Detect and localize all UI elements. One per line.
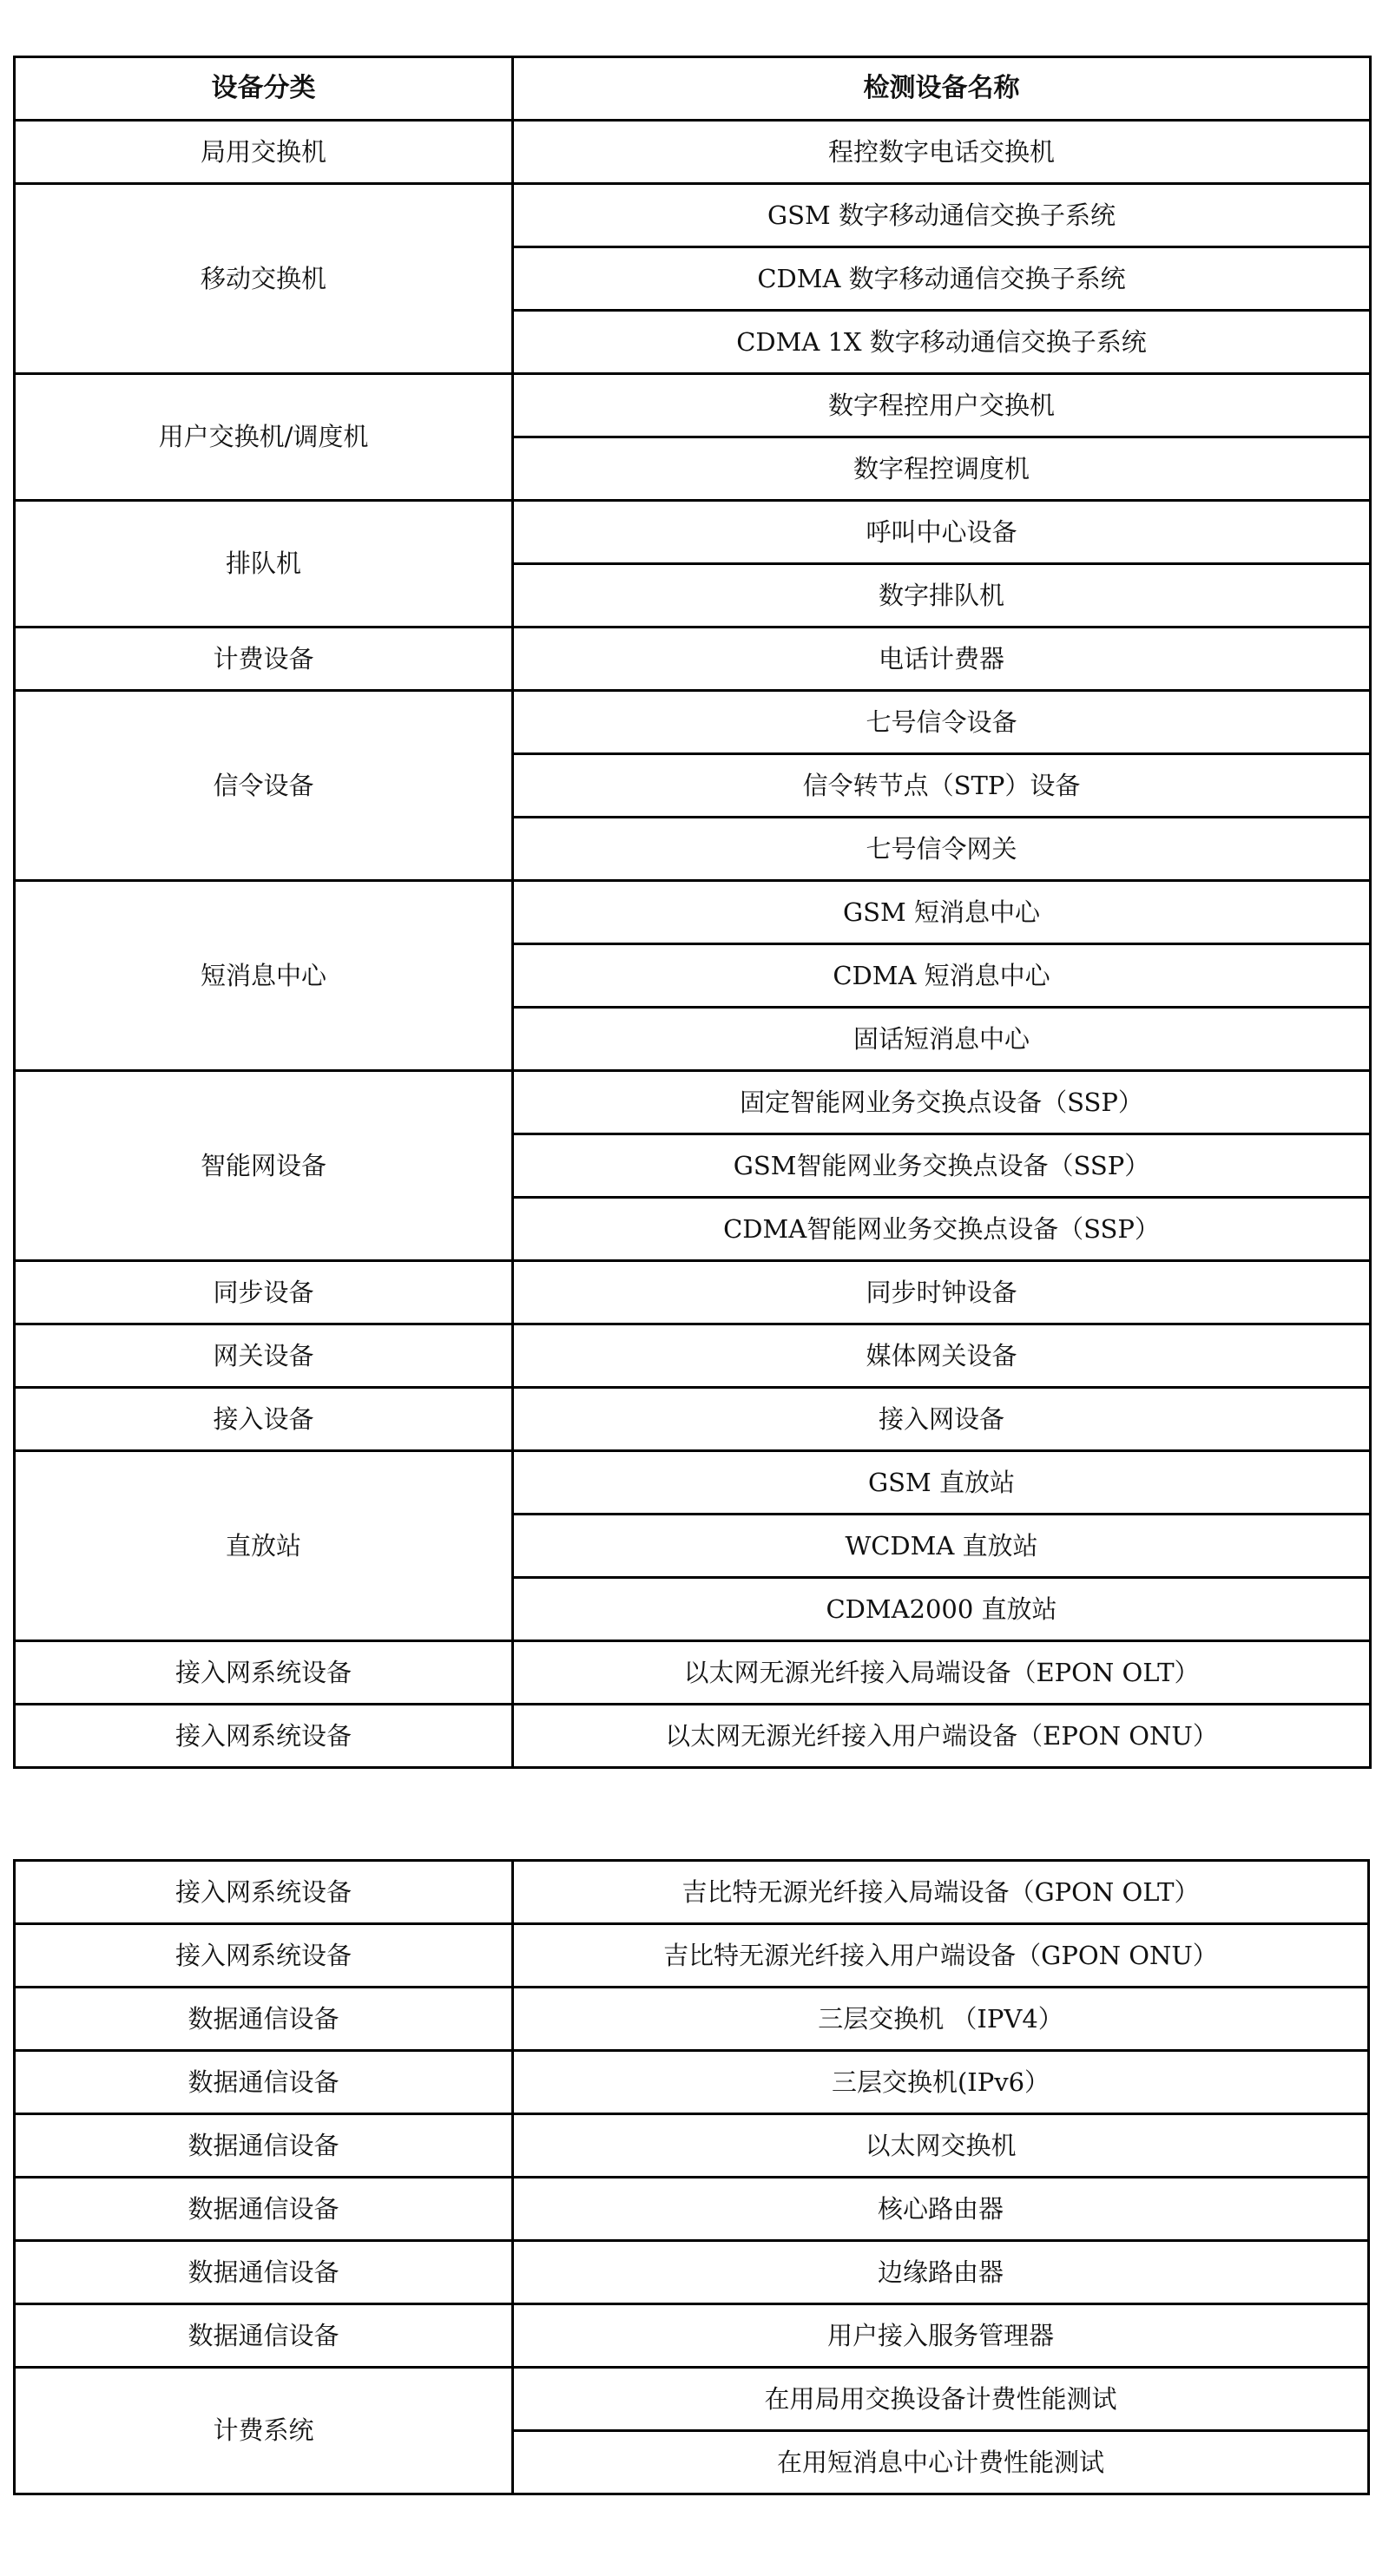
table-row: 接入设备接入网设备 — [15, 1388, 1371, 1451]
category-cell: 数据通信设备 — [15, 2178, 513, 2241]
category-cell: 计费系统 — [15, 2368, 513, 2494]
device-name-cell: 信令转节点（STP）设备 — [513, 754, 1371, 818]
device-name-cell: 以太网交换机 — [513, 2114, 1369, 2178]
device-name-cell: CDMA 短消息中心 — [513, 944, 1371, 1008]
table-row: 接入网系统设备以太网无源光纤接入局端设备（EPON OLT） — [15, 1641, 1371, 1705]
category-cell: 数据通信设备 — [15, 2114, 513, 2178]
table-row: 接入网系统设备以太网无源光纤接入用户端设备（EPON ONU） — [15, 1705, 1371, 1768]
device-name-cell: 吉比特无源光纤接入用户端设备（GPON ONU） — [513, 1924, 1369, 1988]
device-name-cell: 固定智能网业务交换点设备（SSP） — [513, 1071, 1371, 1134]
table-row: 接入网系统设备吉比特无源光纤接入用户端设备（GPON ONU） — [15, 1924, 1369, 1988]
device-name-cell: GSM 直放站 — [513, 1451, 1371, 1515]
table-row: 数据通信设备边缘路由器 — [15, 2241, 1369, 2304]
device-name-cell: 数字程控用户交换机 — [513, 374, 1371, 437]
category-cell: 智能网设备 — [15, 1071, 513, 1261]
category-cell: 网关设备 — [15, 1324, 513, 1388]
device-name-cell: 程控数字电话交换机 — [513, 121, 1371, 184]
device-name-cell: 吉比特无源光纤接入局端设备（GPON OLT） — [513, 1861, 1369, 1924]
category-cell: 接入网系统设备 — [15, 1861, 513, 1924]
table-row: 数据通信设备三层交换机(IPv6） — [15, 2051, 1369, 2114]
table-row: 移动交换机GSM 数字移动通信交换子系统 — [15, 184, 1371, 247]
device-name-cell: CDMA 1X 数字移动通信交换子系统 — [513, 311, 1371, 374]
device-name-cell: 媒体网关设备 — [513, 1324, 1371, 1388]
device-name-cell: 在用局用交换设备计费性能测试 — [513, 2368, 1369, 2431]
device-name-cell: 在用短消息中心计费性能测试 — [513, 2431, 1369, 2494]
table-row: 信令设备七号信令设备 — [15, 691, 1371, 754]
table-row: 同步设备同步时钟设备 — [15, 1261, 1371, 1324]
device-name-cell: 固话短消息中心 — [513, 1008, 1371, 1071]
table-row: 短消息中心GSM 短消息中心 — [15, 881, 1371, 944]
table-row: 数据通信设备核心路由器 — [15, 2178, 1369, 2241]
device-name-cell: GSM智能网业务交换点设备（SSP） — [513, 1134, 1371, 1198]
category-cell: 信令设备 — [15, 691, 513, 881]
category-cell: 数据通信设备 — [15, 2051, 513, 2114]
category-cell: 接入网系统设备 — [15, 1924, 513, 1988]
table-row: 计费设备电话计费器 — [15, 628, 1371, 691]
table-header-row: 设备分类 检测设备名称 — [15, 57, 1371, 121]
device-name-cell: 七号信令设备 — [513, 691, 1371, 754]
device-name-cell: 同步时钟设备 — [513, 1261, 1371, 1324]
device-name-cell: 电话计费器 — [513, 628, 1371, 691]
device-name-cell: 以太网无源光纤接入用户端设备（EPON ONU） — [513, 1705, 1371, 1768]
device-name-cell: GSM 短消息中心 — [513, 881, 1371, 944]
device-name-cell: 呼叫中心设备 — [513, 501, 1371, 564]
equipment-table-part-2: 接入网系统设备吉比特无源光纤接入局端设备（GPON OLT）接入网系统设备吉比特… — [13, 1859, 1370, 2495]
category-cell: 接入网系统设备 — [15, 1705, 513, 1768]
table-row: 数据通信设备用户接入服务管理器 — [15, 2304, 1369, 2368]
device-name-cell: CDMA 数字移动通信交换子系统 — [513, 247, 1371, 311]
device-name-cell: 三层交换机(IPv6） — [513, 2051, 1369, 2114]
category-cell: 数据通信设备 — [15, 2241, 513, 2304]
category-cell: 接入设备 — [15, 1388, 513, 1451]
header-category: 设备分类 — [15, 57, 513, 121]
table-body: 接入网系统设备吉比特无源光纤接入局端设备（GPON OLT）接入网系统设备吉比特… — [15, 1861, 1369, 2494]
table-row: 数据通信设备三层交换机 （IPV4） — [15, 1988, 1369, 2051]
table-row: 数据通信设备以太网交换机 — [15, 2114, 1369, 2178]
device-name-cell: 数字排队机 — [513, 564, 1371, 628]
table-row: 接入网系统设备吉比特无源光纤接入局端设备（GPON OLT） — [15, 1861, 1369, 1924]
device-name-cell: CDMA2000 直放站 — [513, 1578, 1371, 1641]
device-name-cell: CDMA智能网业务交换点设备（SSP） — [513, 1198, 1371, 1261]
device-name-cell: 数字程控调度机 — [513, 437, 1371, 501]
device-name-cell: 用户接入服务管理器 — [513, 2304, 1369, 2368]
device-name-cell: 以太网无源光纤接入局端设备（EPON OLT） — [513, 1641, 1371, 1705]
device-name-cell: 三层交换机 （IPV4） — [513, 1988, 1369, 2051]
category-cell: 同步设备 — [15, 1261, 513, 1324]
table-row: 网关设备媒体网关设备 — [15, 1324, 1371, 1388]
table-row: 局用交换机程控数字电话交换机 — [15, 121, 1371, 184]
table-row: 用户交换机/调度机数字程控用户交换机 — [15, 374, 1371, 437]
device-name-cell: 边缘路由器 — [513, 2241, 1369, 2304]
table-row: 直放站GSM 直放站 — [15, 1451, 1371, 1515]
device-name-cell: 七号信令网关 — [513, 818, 1371, 881]
table-body: 局用交换机程控数字电话交换机移动交换机GSM 数字移动通信交换子系统CDMA 数… — [15, 121, 1371, 1768]
category-cell: 接入网系统设备 — [15, 1641, 513, 1705]
category-cell: 计费设备 — [15, 628, 513, 691]
device-name-cell: GSM 数字移动通信交换子系统 — [513, 184, 1371, 247]
equipment-table-part-1: 设备分类 检测设备名称 局用交换机程控数字电话交换机移动交换机GSM 数字移动通… — [13, 56, 1372, 1769]
category-cell: 直放站 — [15, 1451, 513, 1641]
device-name-cell: 接入网设备 — [513, 1388, 1371, 1451]
table-row: 计费系统在用局用交换设备计费性能测试 — [15, 2368, 1369, 2431]
category-cell: 短消息中心 — [15, 881, 513, 1071]
table-row: 智能网设备固定智能网业务交换点设备（SSP） — [15, 1071, 1371, 1134]
table-row: 排队机呼叫中心设备 — [15, 501, 1371, 564]
header-device-name: 检测设备名称 — [513, 57, 1371, 121]
category-cell: 用户交换机/调度机 — [15, 374, 513, 501]
category-cell: 移动交换机 — [15, 184, 513, 374]
device-name-cell: 核心路由器 — [513, 2178, 1369, 2241]
category-cell: 排队机 — [15, 501, 513, 628]
category-cell: 数据通信设备 — [15, 1988, 513, 2051]
category-cell: 数据通信设备 — [15, 2304, 513, 2368]
device-name-cell: WCDMA 直放站 — [513, 1515, 1371, 1578]
category-cell: 局用交换机 — [15, 121, 513, 184]
